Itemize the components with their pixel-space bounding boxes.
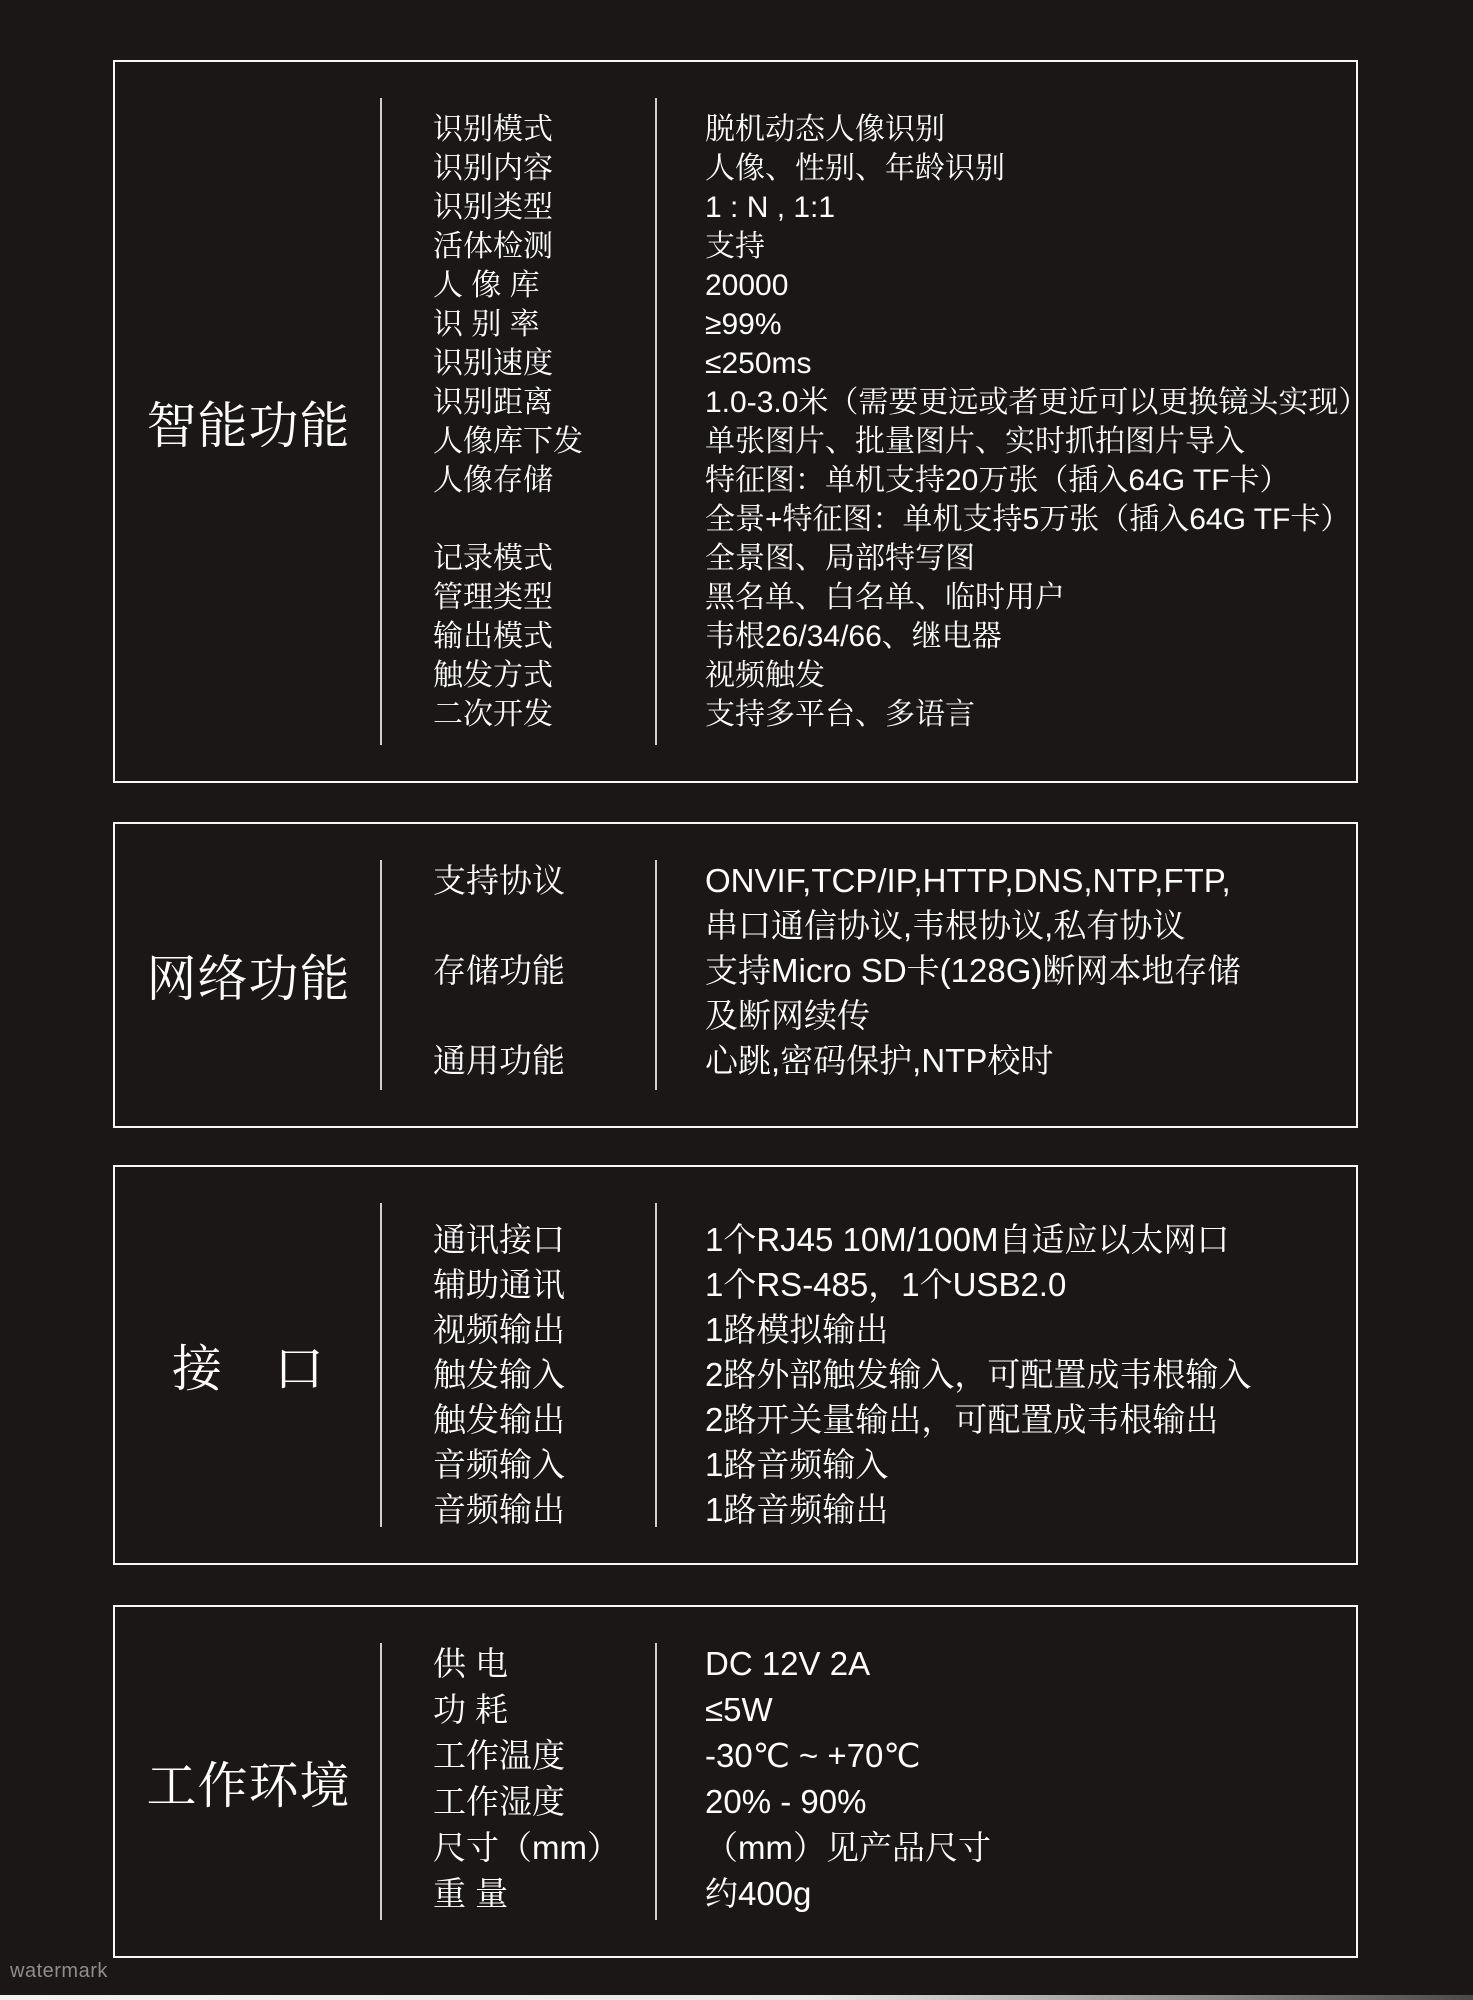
row-value: （mm）见产品尺寸 (705, 1825, 991, 1871)
spec-row: 工作温度-30℃ ~ +70℃ (115, 1733, 1356, 1779)
row-label: 识别类型 (433, 188, 553, 227)
spec-row: 音频输出1路音频输出 (115, 1487, 1356, 1532)
spec-row: 全景+特征图：单机支持5万张（插入64G TF卡） (115, 500, 1356, 539)
row-label: 尺寸（mm） (433, 1825, 620, 1871)
spec-rows: 供 电DC 12V 2A功 耗≤5W工作温度-30℃ ~ +70℃工作湿度20%… (115, 1641, 1356, 1917)
row-label: 音频输出 (433, 1487, 565, 1532)
spec-row: 识别模式脱机动态人像识别 (115, 110, 1356, 149)
row-label: 视频输出 (433, 1307, 565, 1352)
spec-row: 视频输出1路模拟输出 (115, 1307, 1356, 1352)
spec-row: 识别距离1.0-3.0米（需要更远或者更近可以更换镜头实现） (115, 383, 1356, 422)
spec-row: 输出模式韦根26/34/66、继电器 (115, 617, 1356, 656)
row-value: 1个RJ45 10M/100M自适应以太网口 (705, 1217, 1229, 1262)
row-value: ≥99% (705, 305, 782, 344)
row-label: 输出模式 (433, 617, 553, 656)
row-value: 全景图、局部特写图 (705, 539, 975, 578)
row-label: 识 别 率 (433, 305, 540, 344)
spec-row: 人 像 库20000 (115, 266, 1356, 305)
spec-row: 记录模式全景图、局部特写图 (115, 539, 1356, 578)
row-label: 通讯接口 (433, 1217, 565, 1262)
spec-row: 识 别 率≥99% (115, 305, 1356, 344)
spec-row: 识别类型1 : N , 1:1 (115, 188, 1356, 227)
row-label: 人像库下发 (433, 422, 583, 461)
spec-row: 存储功能支持Micro SD卡(128G)断网本地存储 (115, 948, 1356, 993)
row-value: 约400g (705, 1871, 811, 1917)
spec-row: 识别速度≤250ms (115, 344, 1356, 383)
row-value: 20% - 90% (705, 1779, 866, 1825)
row-value: 1 : N , 1:1 (705, 188, 835, 227)
row-label: 人像存储 (433, 461, 553, 500)
spec-row: 辅助通讯1个RS-485，1个USB2.0 (115, 1262, 1356, 1307)
spec-row: 识别内容人像、性别、年龄识别 (115, 149, 1356, 188)
row-value: 人像、性别、年龄识别 (705, 149, 1005, 188)
spec-row: 二次开发支持多平台、多语言 (115, 695, 1356, 734)
row-value: 1.0-3.0米（需要更远或者更近可以更换镜头实现） (705, 383, 1368, 422)
row-value: 支持 (705, 227, 765, 266)
row-value: 黑名单、白名单、临时用户 (705, 578, 1065, 617)
row-value: 支持多平台、多语言 (705, 695, 975, 734)
row-value: 1路音频输入 (705, 1442, 888, 1487)
watermark-label: watermark (10, 1960, 108, 1983)
row-label: 工作湿度 (433, 1779, 565, 1825)
spec-row: 重 量约400g (115, 1871, 1356, 1917)
row-value: 脱机动态人像识别 (705, 110, 945, 149)
spec-row: 及断网续传 (115, 993, 1356, 1038)
row-value: 视频触发 (705, 656, 825, 695)
row-value: 特征图：单机支持20万张（插入64G TF卡） (705, 461, 1290, 500)
row-value: 20000 (705, 266, 788, 305)
spec-row: 触发输入2路外部触发输入，可配置成韦根输入 (115, 1352, 1356, 1397)
spec-row: 管理类型黑名单、白名单、临时用户 (115, 578, 1356, 617)
row-value: 韦根26/34/66、继电器 (705, 617, 1002, 656)
row-value: DC 12V 2A (705, 1641, 870, 1687)
spec-row: 串口通信协议,韦根协议,私有协议 (115, 903, 1356, 948)
section-network-functions: 网络功能 支持协议ONVIF,TCP/IP,HTTP,DNS,NTP,FTP,串… (113, 822, 1358, 1128)
row-label: 触发输入 (433, 1352, 565, 1397)
row-label: 工作温度 (433, 1733, 565, 1779)
row-label: 人 像 库 (433, 266, 540, 305)
spec-row: 尺寸（mm）（mm）见产品尺寸 (115, 1825, 1356, 1871)
row-value: 2路开关量输出，可配置成韦根输出 (705, 1397, 1218, 1442)
row-value: 支持Micro SD卡(128G)断网本地存储 (705, 948, 1240, 993)
spec-row: 供 电DC 12V 2A (115, 1641, 1356, 1687)
row-label: 支持协议 (433, 858, 565, 903)
spec-row: 音频输入1路音频输入 (115, 1442, 1356, 1487)
spec-row: 通用功能心跳,密码保护,NTP校时 (115, 1038, 1356, 1083)
spec-row: 人像存储特征图：单机支持20万张（插入64G TF卡） (115, 461, 1356, 500)
row-value: 2路外部触发输入，可配置成韦根输入 (705, 1352, 1251, 1397)
row-label: 重 量 (433, 1871, 508, 1917)
row-label: 供 电 (433, 1641, 508, 1687)
row-value: ONVIF,TCP/IP,HTTP,DNS,NTP,FTP, (705, 858, 1231, 903)
spec-rows: 通讯接口1个RJ45 10M/100M自适应以太网口辅助通讯1个RS-485，1… (115, 1217, 1356, 1532)
row-value: ≤250ms (705, 344, 812, 383)
spec-row: 支持协议ONVIF,TCP/IP,HTTP,DNS,NTP,FTP, (115, 858, 1356, 903)
row-label: 触发方式 (433, 656, 553, 695)
row-value: 1路音频输出 (705, 1487, 888, 1532)
spec-rows: 识别模式脱机动态人像识别识别内容人像、性别、年龄识别识别类型1 : N , 1:… (115, 110, 1356, 734)
spec-row: 触发输出2路开关量输出，可配置成韦根输出 (115, 1397, 1356, 1442)
row-value: -30℃ ~ +70℃ (705, 1733, 920, 1779)
row-label: 通用功能 (433, 1038, 565, 1083)
row-value: 串口通信协议,韦根协议,私有协议 (705, 903, 1185, 948)
row-value: 心跳,密码保护,NTP校时 (705, 1038, 1053, 1083)
row-label: 识别模式 (433, 110, 553, 149)
row-label: 功 耗 (433, 1687, 508, 1733)
row-value: 单张图片、批量图片、实时抓拍图片导入 (705, 422, 1245, 461)
row-label: 识别距离 (433, 383, 553, 422)
section-smart-functions: 智能功能 识别模式脱机动态人像识别识别内容人像、性别、年龄识别识别类型1 : N… (113, 60, 1358, 783)
row-label: 存储功能 (433, 948, 565, 993)
row-label: 二次开发 (433, 695, 553, 734)
spec-row: 通讯接口1个RJ45 10M/100M自适应以太网口 (115, 1217, 1356, 1262)
bottom-strip (0, 1995, 1473, 2000)
row-label: 记录模式 (433, 539, 553, 578)
row-label: 辅助通讯 (433, 1262, 565, 1307)
row-label: 识别内容 (433, 149, 553, 188)
row-label: 管理类型 (433, 578, 553, 617)
row-value: ≤5W (705, 1687, 773, 1733)
row-label: 音频输入 (433, 1442, 565, 1487)
spec-row: 活体检测支持 (115, 227, 1356, 266)
row-value: 1个RS-485，1个USB2.0 (705, 1262, 1066, 1307)
row-label: 触发输出 (433, 1397, 565, 1442)
row-value: 全景+特征图：单机支持5万张（插入64G TF卡） (705, 500, 1350, 539)
row-value: 及断网续传 (705, 993, 870, 1038)
spec-row: 功 耗≤5W (115, 1687, 1356, 1733)
row-label: 识别速度 (433, 344, 553, 383)
row-value: 1路模拟输出 (705, 1307, 888, 1352)
spec-row: 触发方式视频触发 (115, 656, 1356, 695)
section-operating-environment: 工作环境 供 电DC 12V 2A功 耗≤5W工作温度-30℃ ~ +70℃工作… (113, 1605, 1358, 1958)
row-label: 活体检测 (433, 227, 553, 266)
section-interfaces: 接 口 通讯接口1个RJ45 10M/100M自适应以太网口辅助通讯1个RS-4… (113, 1165, 1358, 1565)
spec-row: 人像库下发单张图片、批量图片、实时抓拍图片导入 (115, 422, 1356, 461)
spec-rows: 支持协议ONVIF,TCP/IP,HTTP,DNS,NTP,FTP,串口通信协议… (115, 858, 1356, 1083)
spec-row: 工作湿度20% - 90% (115, 1779, 1356, 1825)
spec-sheet: 智能功能 识别模式脱机动态人像识别识别内容人像、性别、年龄识别识别类型1 : N… (0, 0, 1473, 2000)
